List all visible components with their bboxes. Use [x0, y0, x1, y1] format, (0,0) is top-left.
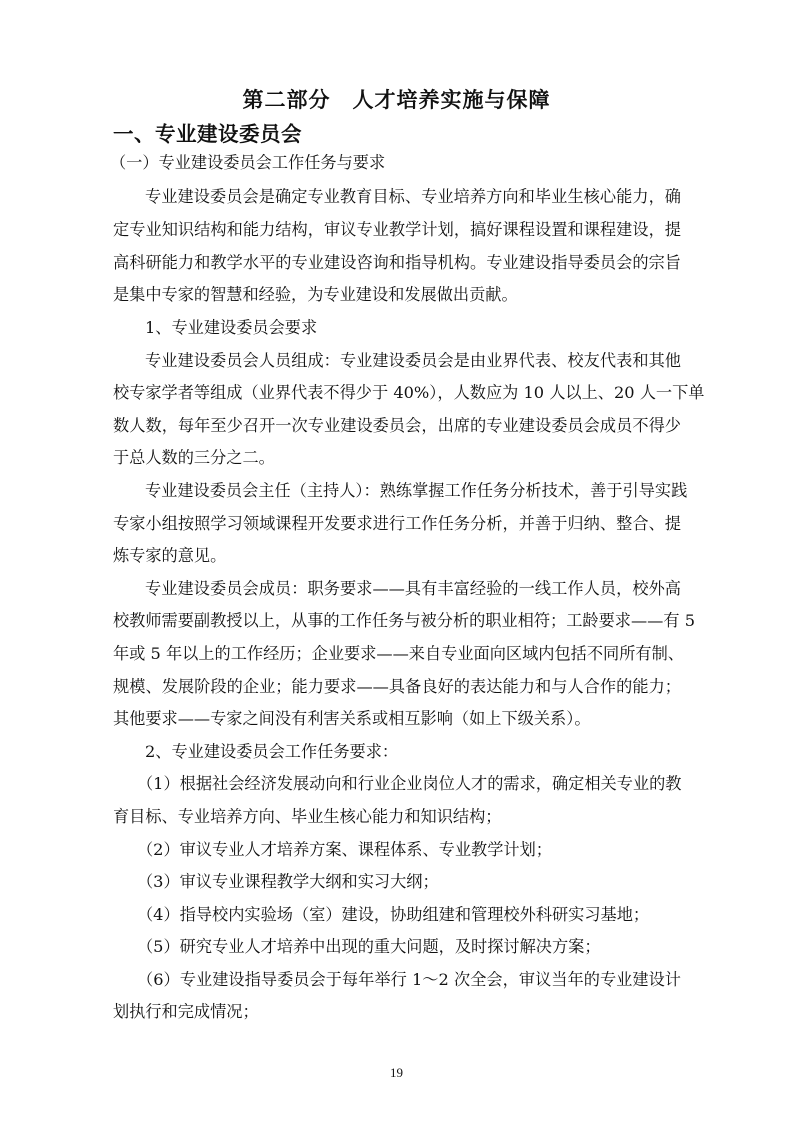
list-item: （4）指导校内实验场（室）建设，协助组建和管理校外科研实习基地；	[137, 905, 705, 925]
paragraph-line: 高科研能力和教学水平的专业建设咨询和指导机构。专业建设指导委员会的宗旨	[113, 253, 681, 273]
subsection-heading: （一）专业建设委员会工作任务与要求	[110, 153, 678, 173]
list-item-line: （1）根据社会经济发展动向和行业企业岗位人才的需求，确定相关专业的教	[137, 774, 681, 794]
paragraph-line: 年或 5 年以上的工作经历；企业要求——来自专业面向区域内包括不同所有制、	[113, 644, 681, 664]
paragraph-line: 专业建设委员会是确定专业教育目标、专业培养方向和毕业生核心能力，确	[145, 187, 681, 207]
paragraph-line: 规模、发展阶段的企业；能力要求——具备良好的表达能力和与人合作的能力；	[113, 677, 681, 697]
numbered-heading: 1、专业建设委员会要求	[145, 318, 713, 338]
page-number: 19	[0, 1065, 793, 1081]
paragraph-line: 炼专家的意见。	[113, 546, 681, 566]
paragraph-line: 专业建设委员会人员组成：专业建设委员会是由业界代表、校友代表和其他	[145, 351, 681, 371]
numbered-heading: 2、专业建设委员会工作任务要求：	[145, 742, 713, 762]
paragraph-line: 专家小组按照学习领域课程开发要求进行工作任务分析，并善于归纳、整合、提	[113, 514, 681, 534]
list-item: （2）审议专业人才培养方案、课程体系、专业教学计划；	[137, 840, 705, 860]
part-title: 第二部分 人才培养实施与保障	[0, 84, 793, 114]
paragraph-line: 专业建设委员会成员：职务要求——具有丰富经验的一线工作人员，校外高	[145, 579, 681, 599]
list-item: （5）研究专业人才培养中出现的重大问题，及时探讨解决方案；	[137, 937, 705, 957]
paragraph-line: 于总人数的三分之二。	[113, 448, 681, 468]
paragraph-line: 是集中专家的智慧和经验，为专业建设和发展做出贡献。	[113, 285, 681, 305]
paragraph-line: 定专业知识结构和能力结构，审议专业教学计划，搞好课程设置和课程建设，提	[113, 220, 681, 240]
list-item-line: （6）专业建设指导委员会于每年举行 1～2 次全会，审议当年的专业建设计	[137, 970, 681, 990]
paragraph-line: 校教师需要副教授以上，从事的工作任务与被分析的职业相符；工龄要求——有 5	[113, 611, 681, 631]
paragraph-line: 其他要求——专家之间没有利害关系或相互影响（如上下级关系）。	[113, 709, 681, 729]
paragraph-line: 校专家学者等组成（业界代表不得少于 40%），人数应为 10 人以上、20 人一…	[113, 383, 681, 403]
list-item: （3）审议专业课程教学大纲和实习大纲；	[137, 872, 705, 892]
paragraph-line: 专业建设委员会主任（主持人）：熟练掌握工作任务分析技术，善于引导实践	[145, 481, 681, 501]
list-item-line: 育目标、专业培养方向、毕业生核心能力和知识结构；	[113, 807, 681, 827]
paragraph-line: 数人数，每年至少召开一次专业建设委员会，出席的专业建设委员会成员不得少	[113, 416, 681, 436]
list-item-line: 划执行和完成情况；	[113, 1002, 681, 1022]
document-page: 第二部分 人才培养实施与保障 一、专业建设委员会 （一）专业建设委员会工作任务与…	[0, 0, 793, 1122]
section-heading: 一、专业建设委员会	[113, 117, 302, 147]
